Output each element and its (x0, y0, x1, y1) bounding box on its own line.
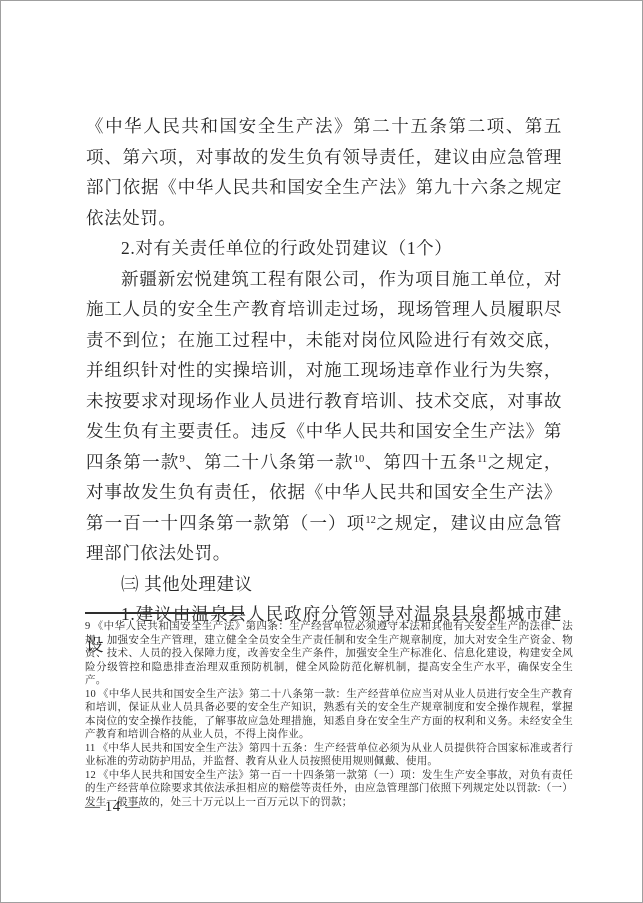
footnote-number: 10 (85, 689, 98, 700)
footnote-ref-10: 10 (354, 454, 365, 465)
footnote-10: 10《中华人民共和国安全生产法》第二十八条第一款：生产经营单位应当对从业人员进行… (85, 688, 573, 742)
paragraph-text-run: 、第二十八条第一款 (185, 452, 354, 472)
document-page: 《中华人民共和国安全生产法》第二十五条第二项、第五项、第六项，对事故的发生负有领… (0, 0, 643, 903)
footnote-text: 《中华人民共和国安全生产法》第二十八条第一款：生产经营单位应当对从业人员进行安全… (85, 689, 573, 741)
footnote-12: 12《中华人民共和国安全生产法》第一百一十四条第一款第（一）项：发生生产安全事故… (85, 769, 573, 810)
section-heading-other-suggestions: ㈢ 其他处理建议 (86, 569, 562, 600)
paragraph-text-run: 、第四十五条 (364, 452, 477, 472)
footnote-9: 9《中华人民共和国安全生产法》第四条：生产经营单位必须遵守本法和其他有关安全生产… (85, 620, 573, 688)
footnote-text: 《中华人民共和国安全生产法》第四十五条：生产经营单位必须为从业人员提供符合国家标… (85, 743, 573, 768)
page-number: — 14 — (85, 799, 141, 816)
footnote-number: 12 (85, 770, 98, 781)
footnotes: 9《中华人民共和国安全生产法》第四条：生产经营单位必须遵守本法和其他有关安全生产… (85, 620, 573, 809)
paragraph-company-responsibility: 新疆新宏悦建筑工程有限公司，作为项目施工单位，对施工人员的安全生产教育培训走过场… (86, 264, 562, 569)
footnote-ref-9: 9 (180, 454, 185, 465)
footnote-number: 11 (85, 743, 98, 754)
footnote-ref-12: 12 (365, 515, 376, 526)
paragraph-subheading-unit-penalty: 2.对有关责任单位的行政处罚建议（1个） (86, 233, 562, 264)
body-text: 《中华人民共和国安全生产法》第二十五条第二项、第五项、第六项，对事故的发生负有领… (86, 111, 562, 660)
paragraph-text-run: 新疆新宏悦建筑工程有限公司，作为项目施工单位，对施工人员的安全生产教育培训走过场… (86, 269, 562, 472)
footnote-11: 11《中华人民共和国安全生产法》第四十五条：生产经营单位必须为从业人员提供符合国… (85, 742, 573, 769)
footnote-text: 《中华人民共和国安全生产法》第一百一十四条第一款第（一）项：发生生产安全事故，对… (85, 770, 573, 808)
footnote-ref-11: 11 (477, 454, 487, 465)
footnote-text: 《中华人民共和国安全生产法》第四条：生产经营单位必须遵守本法和其他有关安全生产的… (85, 621, 573, 686)
paragraph-leader-penalty: 《中华人民共和国安全生产法》第二十五条第二项、第五项、第六项，对事故的发生负有领… (86, 111, 562, 233)
footnote-separator (85, 612, 244, 614)
